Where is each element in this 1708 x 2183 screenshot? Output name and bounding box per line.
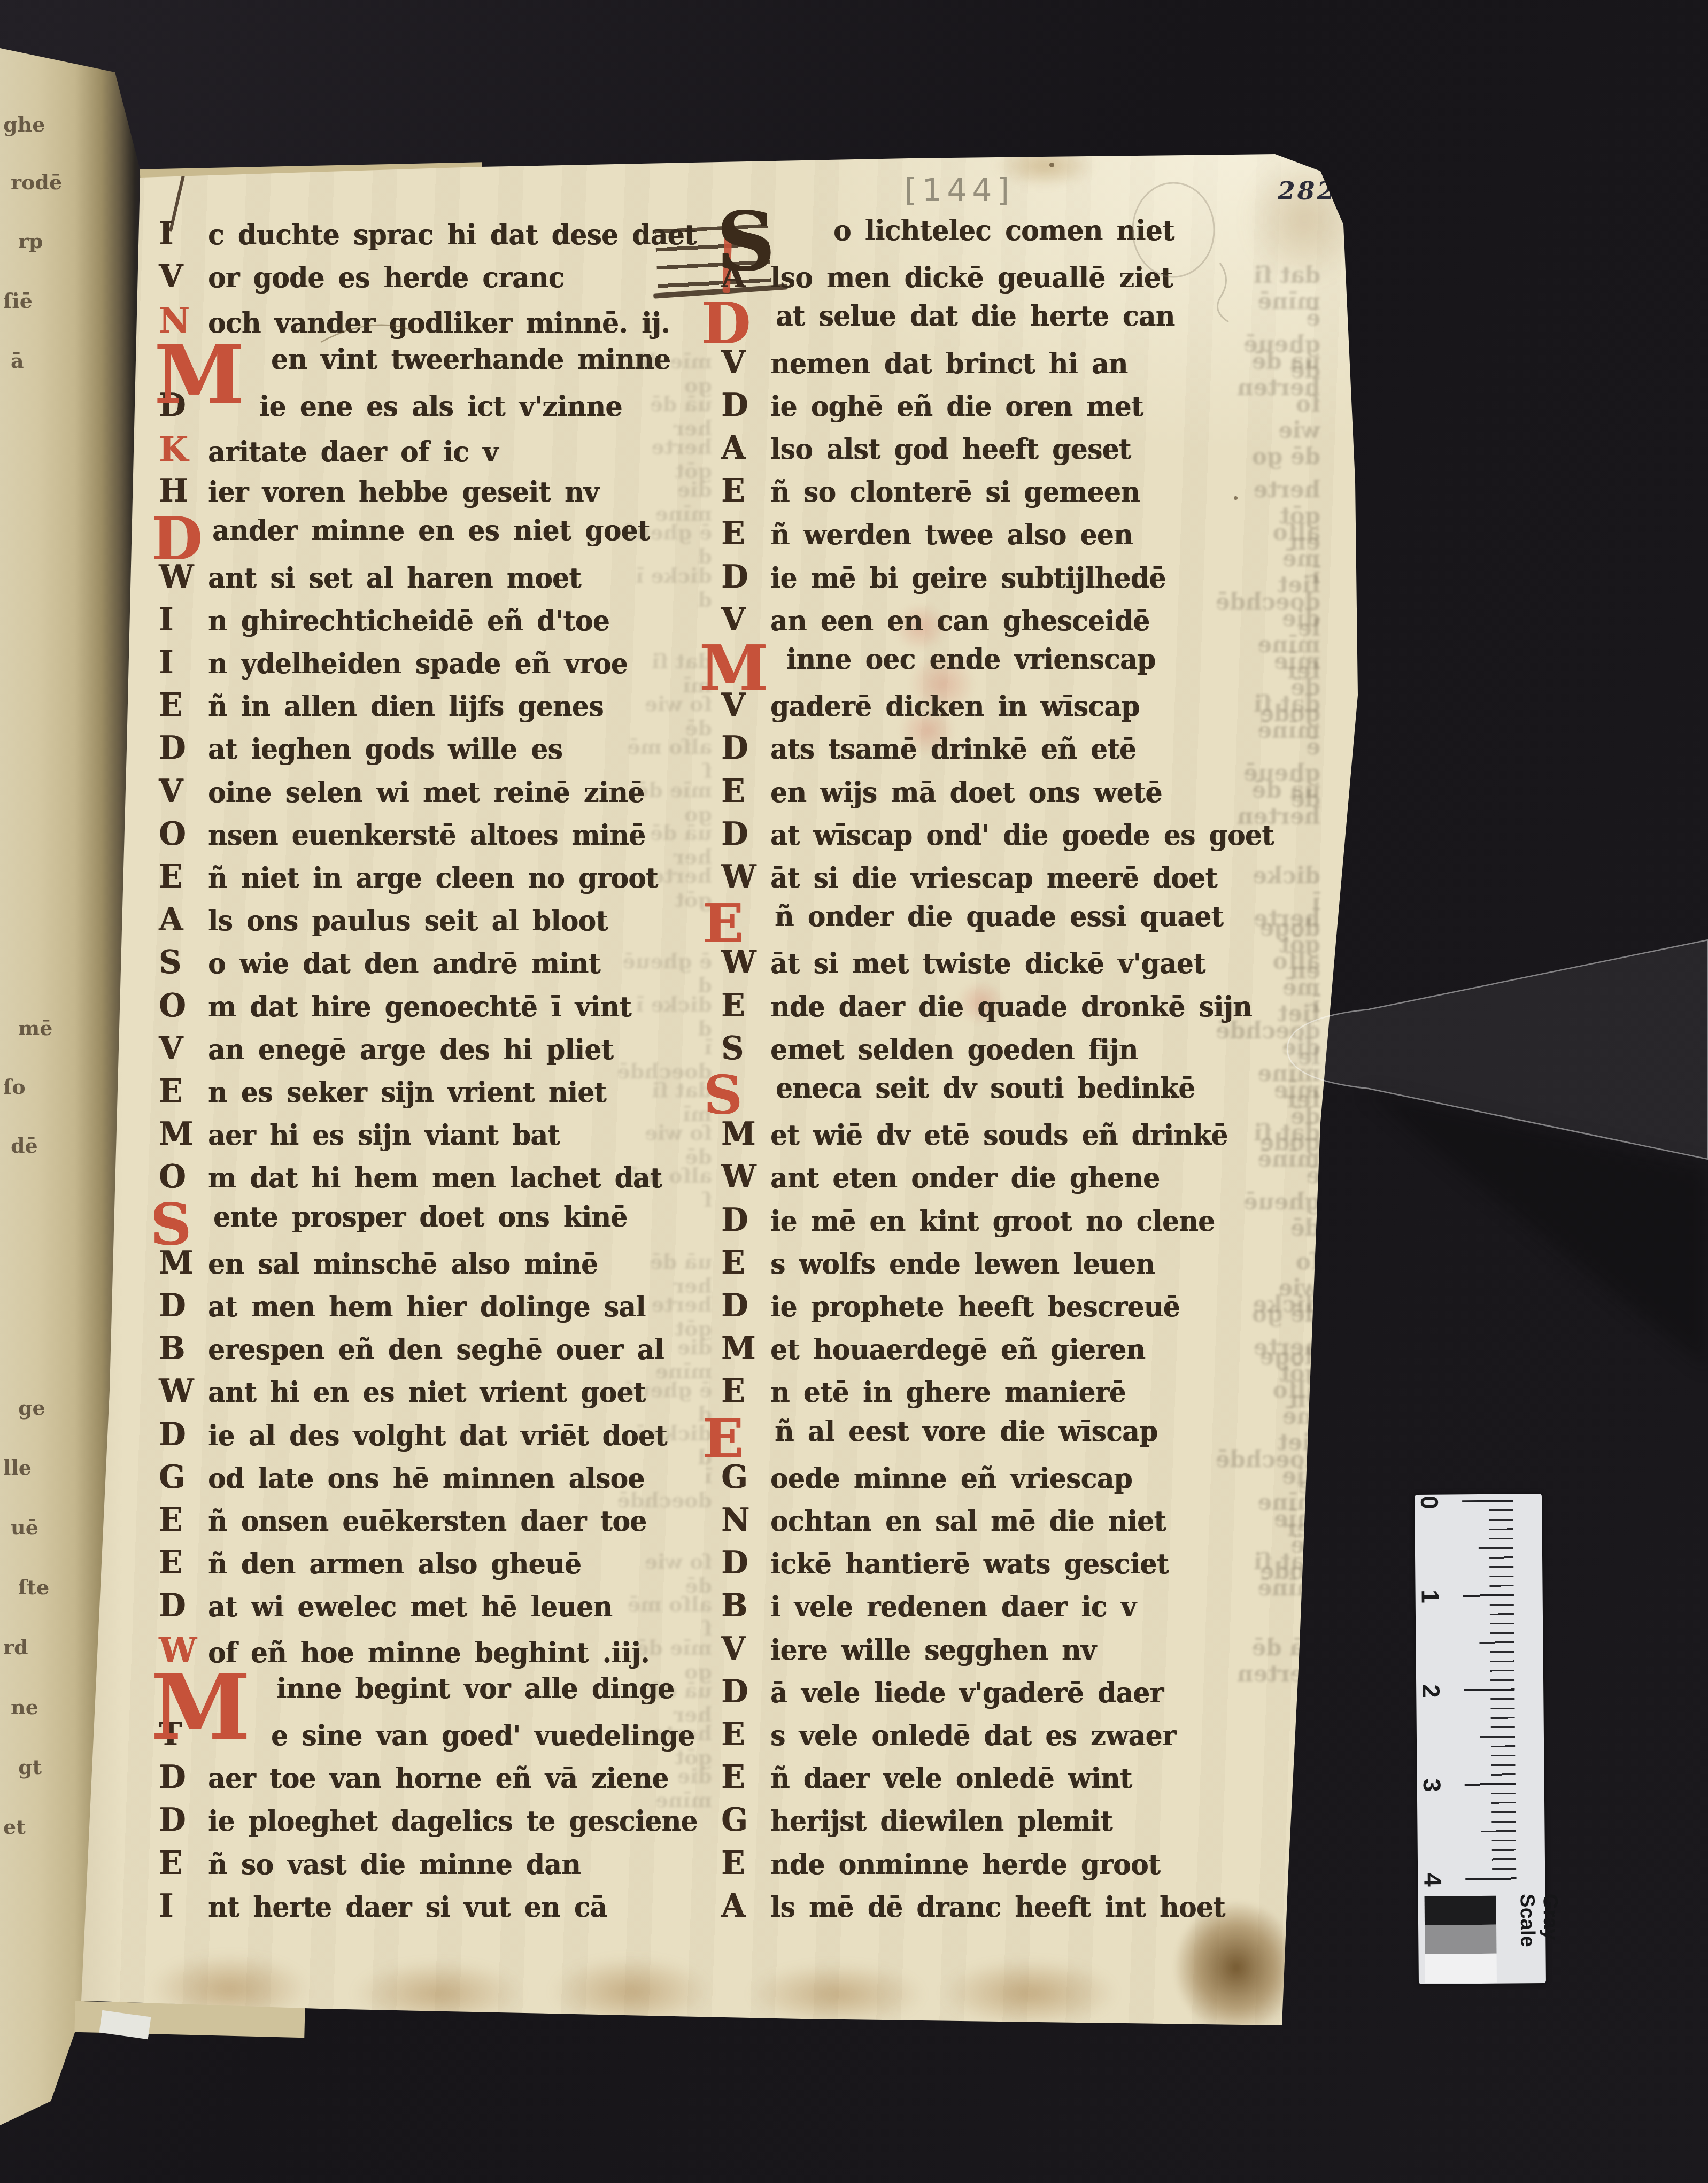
- line-text: ier voren hebbe geseit nv: [208, 475, 599, 508]
- text-line: Es wolfs ende lewen leuen: [721, 1243, 1155, 1287]
- text-line: Nochtan en sal mē die niet: [721, 1500, 1166, 1545]
- text-line: Die al des volght dat vriēt doet: [159, 1415, 667, 1459]
- text-line: at selue dat die herte can: [721, 300, 1174, 344]
- line-text: eneca seit dv souti bedinkē: [776, 1071, 1195, 1104]
- line-initial: H: [159, 472, 208, 510]
- text-line: Eñ werden twee also een: [721, 514, 1133, 559]
- text-line: Semet selden goeden fijn: [721, 1029, 1138, 1073]
- line-text: ñ den armen also gheuē: [208, 1547, 581, 1580]
- text-line: ente prosper doet ons kinē: [159, 1200, 628, 1245]
- text-line: Als ons paulus seit al bloot: [159, 900, 608, 945]
- facing-page-fragment: rodē: [11, 170, 62, 194]
- line-text: nde daer die quade dronkē sijn: [770, 990, 1252, 1022]
- text-line: Want si set al haren moet: [159, 557, 581, 601]
- text-line: Als mē dē dranc heeft int hoet: [721, 1886, 1225, 1931]
- text-line: Int herte daer si vut en cā: [159, 1886, 607, 1931]
- dropcap-initial: D: [151, 510, 202, 568]
- line-initial: D: [721, 1672, 770, 1710]
- line-text: at wi ewelec met hē leuen: [208, 1590, 612, 1623]
- line-text: erespen eñ den seghē ouer al: [208, 1333, 664, 1366]
- text-line: Berespen eñ den seghē ouer al: [159, 1329, 664, 1374]
- facing-page-fragment: ſiē: [3, 289, 33, 313]
- line-initial: E: [721, 1843, 770, 1881]
- line-text: m dat hire genoechtē ī vint: [208, 990, 631, 1022]
- line-text: ander minne en es niet goet: [212, 514, 650, 547]
- line-initial: E: [159, 1544, 208, 1582]
- text-column-left: Ic duchte sprac hi dat dese daetVor gode…: [159, 0, 747, 2183]
- line-text: herijst diewilen plemit: [770, 1804, 1112, 1837]
- line-initial: E: [159, 1500, 208, 1538]
- photograph-of-manuscript-page: gherodērpſiēāmēſodēgelleuēſterdnegtet da…: [0, 0, 1708, 2183]
- line-text: ie prophete heeft bescreuē: [770, 1290, 1180, 1323]
- strip-shadow: [1366, 1091, 1708, 1369]
- line-initial: V: [159, 257, 208, 295]
- line-text: ñ daer vele onledē wint: [770, 1762, 1132, 1794]
- line-text: ie ploeghet dagelics te gesciene: [208, 1804, 698, 1837]
- text-line: Die ploeghet dagelics te gesciene: [159, 1801, 698, 1845]
- line-text: aer toe van horne eñ vā ziene: [208, 1762, 669, 1794]
- line-text: ant si set al haren moet: [208, 561, 581, 593]
- line-text: nemen dat brinct hi an: [770, 346, 1128, 379]
- line-initial: M: [159, 1115, 208, 1153]
- line-initial: D: [159, 729, 208, 767]
- text-line: Karitate daer of ic v: [159, 428, 498, 473]
- line-text: ñ al eest vore die wīscap: [775, 1415, 1157, 1447]
- text-line: In ghirechticheidē eñ d'toe: [159, 600, 609, 644]
- line-text: s vele onledē dat es zwaer: [770, 1719, 1176, 1752]
- text-line: ñ al eest vore die wīscap: [721, 1415, 1157, 1459]
- text-line: Gherijst diewilen plemit: [721, 1801, 1112, 1845]
- line-initial: D: [721, 1544, 770, 1582]
- line-text: at selue dat die herte can: [776, 300, 1174, 333]
- line-text: or gode es herde cranc: [208, 261, 565, 294]
- line-text: ñ niet in arge cleen no groot: [208, 861, 658, 894]
- text-line: In ydelheiden spade eñ vroe: [159, 643, 628, 687]
- text-line: Daer toe van horne eñ vā ziene: [159, 1758, 669, 1802]
- line-initial: E: [721, 1715, 770, 1753]
- line-text: aritate daer of ic v: [208, 435, 498, 468]
- line-initial: E: [721, 986, 770, 1024]
- line-initial: E: [159, 857, 208, 895]
- line-text: ente prosper doet ons kinē: [213, 1200, 628, 1233]
- line-initial: O: [159, 986, 208, 1024]
- grayscale-patch: [1425, 1954, 1497, 1983]
- line-text: od late ons hē minnen alsoe: [208, 1461, 645, 1494]
- text-line: Eñ so clonterē si gemeen: [721, 472, 1140, 516]
- text-line: o lichtelec comen niet: [721, 214, 1174, 258]
- line-initial: W: [721, 1158, 770, 1195]
- dropcap-initial: S: [150, 1196, 191, 1253]
- line-text: oine selen wi met reinē zinē: [208, 775, 644, 808]
- line-initial: D: [721, 729, 770, 767]
- dropcap-initial: E: [702, 897, 743, 950]
- line-initial: K: [159, 428, 208, 469]
- line-text: ls mē dē dranc heeft int hoet: [770, 1890, 1225, 1923]
- text-line: Eñ niet in arge cleen no groot: [159, 857, 658, 901]
- text-line: Want hi en es niet vrient goet: [159, 1372, 645, 1416]
- line-initial: E: [159, 1843, 208, 1881]
- line-text: o lichtelec comen niet: [833, 214, 1174, 246]
- line-text: ats tsamē drinkē eñ etē: [770, 732, 1136, 765]
- text-line: Dats tsamē drinkē eñ etē: [721, 729, 1136, 773]
- text-line: Goede minne eñ vriescap: [721, 1457, 1132, 1502]
- text-line: Wāt si die vriescap meerē doet: [721, 857, 1217, 901]
- folio-number: 282.: [1278, 176, 1347, 206]
- line-text: n ghirechticheidē eñ d'toe: [208, 604, 609, 636]
- line-initial: E: [721, 1758, 770, 1796]
- text-line: inne oec ende vrienscap: [721, 643, 1155, 687]
- line-text: m dat hi hem men lachet dat: [208, 1161, 662, 1194]
- text-line: Maer hi es sijn viant bat: [159, 1115, 560, 1159]
- text-line: Ic duchte sprac hi dat dese daet: [159, 214, 697, 258]
- line-text: ñ so vast die minne dan: [208, 1847, 581, 1880]
- line-initial: D: [721, 557, 770, 595]
- dropcap-initial: E: [702, 1411, 743, 1465]
- line-initial: E: [721, 772, 770, 809]
- ruler-number: 3: [1418, 1773, 1447, 1797]
- ruler-number: 1: [1416, 1585, 1444, 1608]
- facing-page-fragment: et: [3, 1815, 26, 1839]
- line-text: at wīscap ond' die goede es goet: [770, 818, 1274, 851]
- line-text: emet selden goeden fijn: [770, 1032, 1138, 1065]
- line-initial: I: [159, 214, 208, 252]
- text-line: Vnemen dat brinct hi an: [721, 343, 1128, 387]
- line-initial: A: [159, 900, 208, 938]
- ruler-ticks-cm: [1462, 1500, 1516, 1885]
- line-text: n es seker sijn vrient niet: [208, 1076, 606, 1108]
- line-initial: D: [159, 1415, 208, 1453]
- text-line: Onsen euenkerstē altoes minē: [159, 814, 645, 859]
- line-initial: D: [721, 385, 770, 423]
- text-line: Eñ daer vele onledē wint: [721, 1758, 1132, 1802]
- line-text: ñ onsen euēkersten daer toe: [208, 1505, 646, 1537]
- text-line: Dat wi ewelec met hē leuen: [159, 1586, 612, 1631]
- line-initial: I: [159, 600, 208, 638]
- text-line: Want eten onder die ghene: [721, 1158, 1160, 1202]
- line-text: e sine van goed' vuedelinge: [271, 1719, 695, 1752]
- line-text: lso men dickē geuallē ziet: [770, 261, 1173, 294]
- line-initial: V: [159, 1029, 208, 1067]
- grayscale-ruler: 01234 Gray Scale: [1415, 1494, 1546, 1984]
- dropcap-initial: D: [701, 295, 751, 352]
- text-line: Van een en can ghesceidē: [721, 600, 1150, 644]
- line-initial: M: [721, 1329, 770, 1367]
- line-text: lso alst god heeft geset: [770, 433, 1131, 465]
- text-line: So wie dat den andrē mint: [159, 943, 600, 988]
- line-text: i vele redenen daer ic v: [770, 1590, 1136, 1623]
- text-line: Wāt si met twiste dickē v'gaet: [721, 943, 1205, 988]
- facing-page-fragment: gt: [18, 1755, 42, 1779]
- line-text: ñ werden twee also een: [770, 518, 1133, 551]
- text-line: Om dat hi hem men lachet dat: [159, 1158, 662, 1202]
- line-text: at ieghen gods wille es: [208, 732, 562, 765]
- line-text: en sal minschē also minē: [208, 1247, 598, 1279]
- line-text: ñ so clonterē si gemeen: [770, 475, 1140, 508]
- facing-page-fragment: ſo: [3, 1075, 26, 1099]
- line-text: of eñ hoe minne beghint .iij.: [208, 1636, 650, 1668]
- dropcap-initial: S: [716, 201, 775, 282]
- text-line: Die oghē eñ die oren met: [721, 385, 1143, 430]
- text-line: Dā vele liede v'gaderē daer: [721, 1672, 1163, 1716]
- dropcap-initial: M: [699, 637, 768, 699]
- text-line: Die mē en kint groot no clene: [721, 1200, 1215, 1245]
- text-column-right: o lichtelec comen nietAlso men dickē geu…: [721, 0, 1309, 2183]
- line-text: nsen euenkerstē altoes minē: [208, 818, 645, 851]
- text-line: Dat men hem hier dolinge sal: [159, 1286, 646, 1330]
- line-text: āt si die vriescap meerē doet: [770, 861, 1217, 894]
- grayscale-patch: [1425, 1896, 1496, 1925]
- pencil-foliation: [144]: [905, 172, 1015, 209]
- line-text: ie oghē eñ die oren met: [770, 389, 1143, 422]
- line-initial: D: [159, 1586, 208, 1624]
- text-line: God late ons hē minnen alsoe: [159, 1457, 645, 1502]
- line-initial: S: [159, 943, 208, 981]
- line-initial: D: [159, 1286, 208, 1324]
- ruler-number: 2: [1417, 1679, 1446, 1703]
- line-text: āt si met twiste dickē v'gaet: [770, 947, 1205, 979]
- transparent-page-holder-strip: [1287, 940, 1708, 1159]
- text-line: Also alst god heeft geset: [721, 428, 1131, 473]
- line-initial: O: [159, 1158, 208, 1195]
- text-line: Eñ onsen euēkersten daer toe: [159, 1500, 646, 1545]
- line-initial: B: [159, 1329, 208, 1367]
- line-text: et wiē dv etē souds eñ drinkē: [770, 1119, 1228, 1151]
- line-initial: S: [721, 1029, 770, 1067]
- text-line: eneca seit dv souti bedinkē: [721, 1071, 1195, 1116]
- text-line: Met wiē dv etē souds eñ drinkē: [721, 1115, 1228, 1159]
- facing-page-fragment: lle: [3, 1455, 32, 1479]
- line-text: n ydelheiden spade eñ vroe: [208, 647, 628, 680]
- line-text: ie mē en kint groot no clene: [770, 1204, 1215, 1237]
- grayscale-patch: [1425, 1925, 1496, 1954]
- facing-page-fragment: ſte: [18, 1575, 49, 1599]
- line-text: ñ in allen dien lijfs genes: [208, 690, 604, 722]
- ruler-number: 0: [1415, 1491, 1444, 1514]
- facing-page-fragment: rd: [3, 1635, 28, 1659]
- line-text: ñ onder die quade essi quaet: [775, 900, 1223, 933]
- line-text: nde onminne herde groot: [770, 1847, 1160, 1880]
- line-initial: I: [159, 1886, 208, 1924]
- line-initial: D: [159, 1801, 208, 1839]
- line-text: ickē hantierē wats gesciet: [770, 1547, 1169, 1580]
- line-text: oede minne eñ vriescap: [770, 1461, 1132, 1494]
- line-initial: N: [721, 1500, 770, 1538]
- pen-flourish: [146, 115, 177, 159]
- line-initial: A: [721, 428, 770, 466]
- text-line: Die prophete heeft bescreuē: [721, 1286, 1180, 1330]
- line-initial: E: [721, 472, 770, 510]
- text-line: Eñ so vast die minne dan: [159, 1843, 581, 1888]
- text-line: Met houaerdegē eñ gieren: [721, 1329, 1145, 1374]
- line-text: c duchte sprac hi dat dese daet: [208, 218, 697, 251]
- text-line: Dat wīscap ond' die goede es goet: [721, 814, 1274, 859]
- line-initial: D: [721, 1200, 770, 1238]
- line-initial: V: [159, 772, 208, 809]
- text-line: Vgaderē dicken in wīscap: [721, 686, 1140, 730]
- text-line: Dickē hantierē wats gesciet: [721, 1544, 1169, 1588]
- line-initial: A: [721, 1886, 770, 1924]
- text-line: ander minne en es niet goet: [159, 514, 650, 559]
- line-initial: E: [721, 514, 770, 552]
- line-text: an een en can ghesceidē: [770, 604, 1150, 636]
- facing-page-fragment: ā: [11, 349, 24, 373]
- line-initial: G: [159, 1457, 208, 1495]
- ruler-number: 4: [1418, 1868, 1447, 1892]
- line-text: aer hi es sijn viant bat: [208, 1119, 560, 1151]
- facing-page-fragment: rp: [18, 229, 43, 253]
- line-text: inne oec ende vrienscap: [786, 643, 1155, 675]
- line-text: o wie dat den andrē mint: [208, 947, 600, 979]
- dropcap-initial: M: [154, 334, 244, 415]
- line-text: ochtan en sal mē die niet: [770, 1505, 1166, 1537]
- line-initial: E: [159, 686, 208, 724]
- text-line: Men sal minschē also minē: [159, 1243, 598, 1287]
- ruler-numbers: 01234: [1415, 1494, 1542, 1495]
- facing-page-fragment: mē: [18, 1016, 52, 1040]
- line-initial: E: [721, 1243, 770, 1281]
- text-line: Van enegē arge des hi pliet: [159, 1029, 613, 1073]
- dropcap-initial: M: [151, 1662, 250, 1752]
- text-line: Es vele onledē dat es zwaer: [721, 1715, 1176, 1759]
- line-initial: E: [721, 1372, 770, 1410]
- line-text: inne begint vor alle dinge: [276, 1672, 674, 1704]
- facing-page-fragment: ghe: [3, 112, 45, 136]
- line-text: ant hi en es niet vrient goet: [208, 1376, 645, 1408]
- line-text: ant eten onder die ghene: [770, 1161, 1160, 1194]
- grayscale-label: Gray Scale: [1516, 1894, 1562, 1985]
- facing-page-fragment: uē: [11, 1515, 38, 1539]
- text-line: En etē in ghere manierē: [721, 1372, 1126, 1416]
- line-initial: G: [721, 1801, 770, 1839]
- line-text: s wolfs ende lewen leuen: [770, 1247, 1155, 1279]
- text-line: Vor gode es herde cranc: [159, 257, 565, 302]
- line-text: ie al des volght dat vriēt doet: [208, 1418, 667, 1451]
- line-text: och vander godliker minnē. ij.: [208, 306, 670, 339]
- line-initial: V: [721, 1629, 770, 1667]
- line-initial: D: [721, 814, 770, 852]
- line-text: an enegē arge des hi pliet: [208, 1032, 613, 1065]
- facing-page-fragment: ne: [11, 1695, 38, 1719]
- line-initial: I: [159, 643, 208, 681]
- text-line: Viere wille segghen nv: [721, 1629, 1096, 1673]
- line-initial: O: [159, 814, 208, 852]
- text-line: Ende daer die quade dronkē sijn: [721, 986, 1252, 1030]
- text-line: Om dat hire genoechtē ī vint: [159, 986, 631, 1030]
- text-line: Die mē bi geire subtijlhedē: [721, 557, 1166, 601]
- line-text: iere wille segghen nv: [770, 1633, 1096, 1665]
- line-text: ie ene es als ict v'zinne: [259, 389, 622, 422]
- text-line: En es seker sijn vrient niet: [159, 1071, 606, 1116]
- text-line: Dat ieghen gods wille es: [159, 729, 562, 773]
- text-line: Eñ den armen also gheuē: [159, 1544, 581, 1588]
- text-line: Ende onminne herde groot: [721, 1843, 1160, 1888]
- line-text: en vint tweerhande minne: [271, 343, 670, 375]
- text-line: Bi vele redenen daer ic v: [721, 1586, 1136, 1631]
- line-initial: W: [721, 857, 770, 895]
- facing-page-fragment: ge: [18, 1395, 45, 1420]
- line-initial: D: [721, 1286, 770, 1324]
- facing-page-fragment: dē: [11, 1133, 38, 1158]
- line-text: n etē in ghere manierē: [770, 1376, 1126, 1408]
- line-text: et houaerdegē eñ gieren: [770, 1333, 1145, 1366]
- text-line: Hier voren hebbe geseit nv: [159, 472, 599, 516]
- dropcap-initial: S: [704, 1068, 742, 1122]
- text-line: Also men dickē geuallē ziet: [721, 257, 1173, 302]
- line-initial: D: [159, 1758, 208, 1796]
- text-line: Een wijs mā doet ons wetē: [721, 772, 1162, 816]
- line-text: ls ons paulus seit al bloot: [208, 904, 608, 937]
- line-initial: W: [159, 1372, 208, 1410]
- line-initial: B: [721, 1586, 770, 1624]
- line-text: gaderē dicken in wīscap: [770, 690, 1140, 722]
- text-line: Voine selen wi met reinē zinē: [159, 772, 644, 816]
- text-line: Eñ in allen dien lijfs genes: [159, 686, 604, 730]
- text-line: ñ onder die quade essi quaet: [721, 900, 1223, 945]
- line-text: ie mē bi geire subtijlhedē: [770, 561, 1166, 593]
- line-text: en wijs mā doet ons wetē: [770, 775, 1162, 808]
- line-text: at men hem hier dolinge sal: [208, 1290, 646, 1323]
- line-initial: E: [159, 1071, 208, 1109]
- line-text: ā vele liede v'gaderē daer: [770, 1676, 1163, 1708]
- line-text: nt herte daer si vut en cā: [208, 1890, 607, 1923]
